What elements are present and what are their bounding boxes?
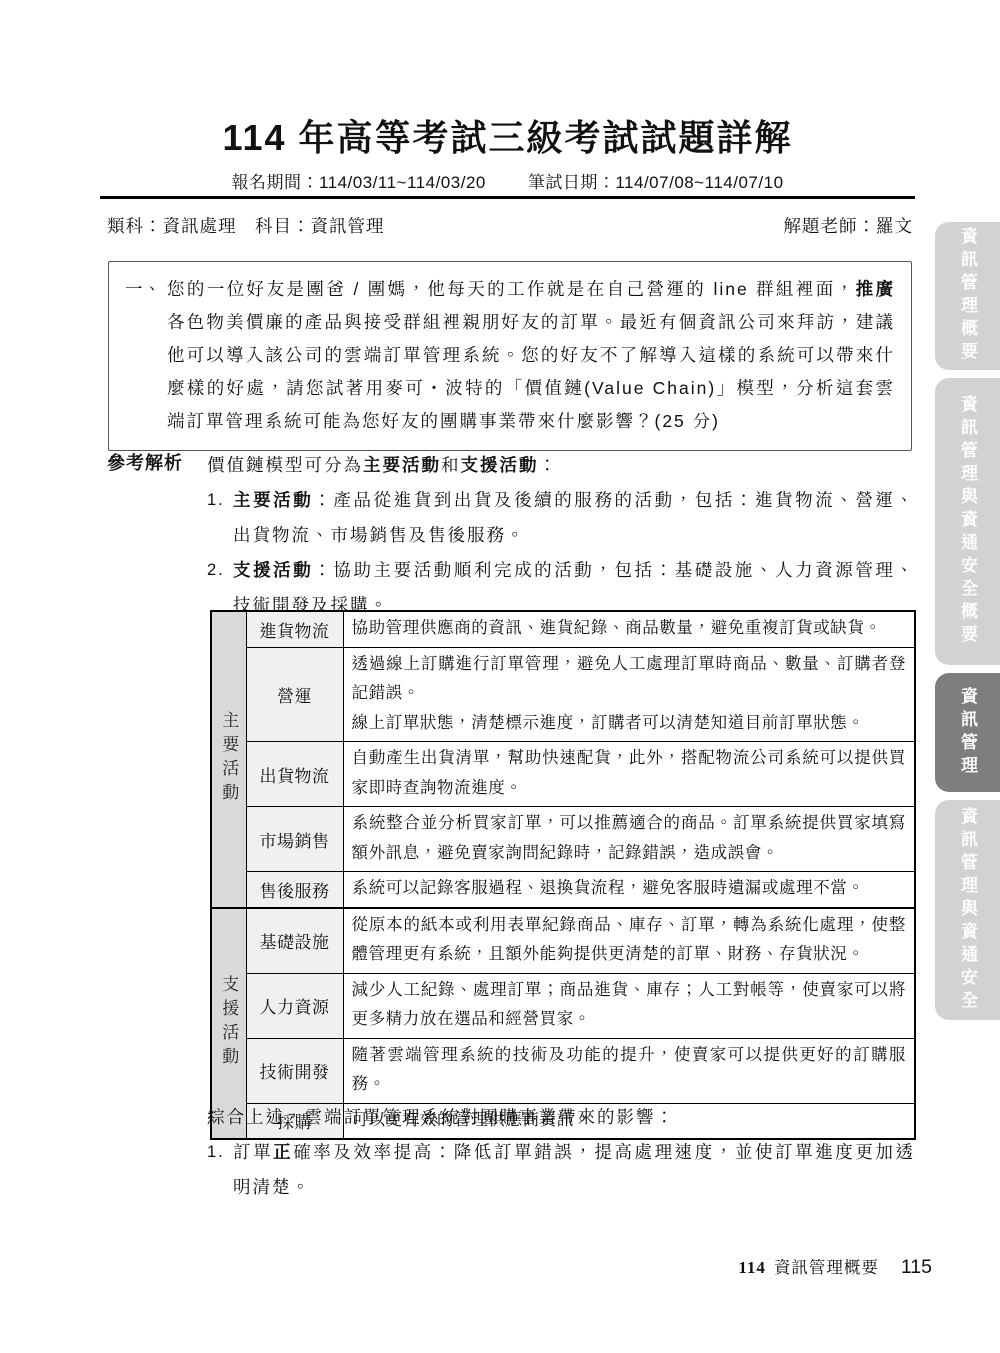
table-row: 出貨物流 自動產生出貨清單，幫助快速配貨，此外，搭配物流公司系統可以提供買家即時… <box>211 742 915 807</box>
sidebar-tab-information-management-summary[interactable]: 資訊管理概要 <box>935 222 1000 370</box>
written-exam-date: 筆試日期：114/07/08~114/07/10 <box>528 168 784 193</box>
row-content: 從原本的紙本或利用表單紀錄商品、庫存、訂單，轉為系統化處理，使整體管理更有系統，… <box>343 908 915 974</box>
footer-page-number: 115 <box>901 1256 932 1279</box>
footer-book-number: 114 <box>738 1258 766 1278</box>
row-label: 進貨物流 <box>246 611 343 647</box>
table-row: 支援活動 基礎設施 從原本的紙本或利用表單紀錄商品、庫存、訂單，轉為系統化處理，… <box>211 908 915 974</box>
footer-book-title: 資訊管理概要 <box>774 1254 879 1278</box>
registration-period: 報名期間：114/03/11~114/03/20 <box>231 168 485 193</box>
table-row: 售後服務 系統可以記錄客服過程、退換貨流程，避免客服時遺漏或處理不當。 <box>211 872 915 908</box>
sidebar-tab-information-management-active[interactable]: 資訊管理 <box>935 673 1000 792</box>
content-paragraph: 系統整合並分析買家訂單，可以推薦適合的商品。訂單系統提供買家填寫額外訊息，避免賣… <box>352 809 907 868</box>
exam-dates: 報名期間：114/03/11~114/03/20 筆試日期：114/07/08~… <box>100 168 915 193</box>
content-paragraph: 協助管理供應商的資訊、進貨紀錄、商品數量，避免重複訂貨或缺貨。 <box>352 614 907 644</box>
row-label: 市場銷售 <box>246 807 343 872</box>
content-paragraph: 自動產生出貨清單，幫助快速配貨，此外，搭配物流公司系統可以提供買家即時查詢物流進… <box>352 744 907 803</box>
category-subject: 類科：資訊處理 科目：資訊管理 <box>107 213 385 238</box>
question-box: 一、 您的一位好友是團爸 / 團媽，他每天的工作就是在自己營運的 line 群組… <box>108 261 912 451</box>
sidebar-tab-im-and-security-summary[interactable]: 資訊管理與資通安全概要 <box>935 378 1000 665</box>
content-paragraph: 系統可以記錄客服過程、退換貨流程，避免客服時遺漏或處理不當。 <box>352 874 907 904</box>
table-row: 營運 透過線上訂購進行訂單管理，避免人工處理訂單時商品、數量、訂購者登記錯誤。 … <box>211 647 915 742</box>
content-paragraph: 透過線上訂購進行訂單管理，避免人工處理訂單時商品、數量、訂購者登記錯誤。 <box>352 650 907 709</box>
analysis-item-1: 1. 主要活動：產品從進貨到出貨及後續的服務的活動，包括：進貨物流、營運、出貨物… <box>207 483 917 553</box>
page-title: 114 年高等考試三級考試試題詳解 <box>100 110 915 161</box>
question-segment-bold: 推廣 <box>856 279 895 299</box>
item-bold: 正 <box>273 1142 293 1162</box>
group-label: 支援活動 <box>216 975 241 1071</box>
row-content: 透過線上訂購進行訂單管理，避免人工處理訂單時商品、數量、訂購者登記錯誤。 線上訂… <box>343 647 915 742</box>
analysis-intro-text-2: 和 <box>441 455 461 475</box>
item-number: 1. <box>207 1135 233 1205</box>
item-body: ：協助主要活動順利完成的活動，包括：基礎設施、人力資源管理、技術開發及採購。 <box>233 560 915 615</box>
item-number: 1. <box>207 483 233 553</box>
table-row: 人力資源 減少人工紀錄、處理訂單；商品進貨、庫存；人工對帳等，使賣家可以將更多精… <box>211 973 915 1038</box>
row-content: 隨著雲端管理系統的技術及功能的提升，使賣家可以提供更好的訂購服務。 <box>343 1038 915 1103</box>
content-paragraph: 從原本的紙本或利用表單紀錄商品、庫存、訂單，轉為系統化處理，使整體管理更有系統，… <box>352 911 907 970</box>
analysis-body: 價值鏈模型可分為主要活動和支援活動： 1. 主要活動：產品從進貨到出貨及後續的服… <box>207 448 917 623</box>
question-number: 一、 <box>125 273 167 438</box>
row-content: 協助管理供應商的資訊、進貨紀錄、商品數量，避免重複訂貨或缺貨。 <box>343 611 915 647</box>
row-label: 基礎設施 <box>246 908 343 974</box>
analysis-intro-bold-2: 支援活動 <box>461 455 539 475</box>
value-chain-table: 主要活動 進貨物流 協助管理供應商的資訊、進貨紀錄、商品數量，避免重複訂貨或缺貨… <box>210 610 916 1140</box>
item-post: 確率及效率提高：降低訂單錯誤，提高處理速度，並使訂單進度更加透明清楚。 <box>233 1142 915 1197</box>
analysis-intro-text-3: ： <box>539 455 559 475</box>
content-paragraph: 減少人工紀錄、處理訂單；商品進貨、庫存；人工對帳等，使賣家可以將更多精力放在選品… <box>352 976 907 1035</box>
item-text: 主要活動：產品從進貨到出貨及後續的服務的活動，包括：進貨物流、營運、出貨物流、市… <box>233 483 915 553</box>
item-pre: 訂單 <box>233 1142 273 1162</box>
question-segment-1: 您的一位好友是團爸 / 團媽，他每天的工作就是在自己營運的 line 群組裡面， <box>167 279 856 299</box>
row-label: 出貨物流 <box>246 742 343 807</box>
item-text: 訂單正確率及效率提高：降低訂單錯誤，提高處理速度，並使訂單進度更加透明清楚。 <box>233 1135 915 1205</box>
page-footer: 114 資訊管理概要 115 <box>738 1254 932 1279</box>
row-content: 系統可以記錄客服過程、退換貨流程，避免客服時遺漏或處理不當。 <box>343 872 915 908</box>
item-lead: 支援活動 <box>233 560 313 580</box>
tab-label: 資訊管理概要 <box>955 227 980 365</box>
row-label: 營運 <box>246 647 343 742</box>
table-row: 技術開發 隨著雲端管理系統的技術及功能的提升，使賣家可以提供更好的訂購服務。 <box>211 1038 915 1103</box>
tab-label: 資訊管理與資通安全概要 <box>955 395 980 648</box>
conclusion-item-1: 1. 訂單正確率及效率提高：降低訂單錯誤，提高處理速度，並使訂單進度更加透明清楚… <box>207 1135 917 1205</box>
content-paragraph: 線上訂單狀態，清楚標示進度，訂購者可以清楚知道目前訂單狀態。 <box>352 709 907 739</box>
reference-analysis-section: 參考解析 價值鏈模型可分為主要活動和支援活動： 1. 主要活動：產品從進貨到出貨… <box>107 448 917 623</box>
tab-label: 資訊管理 <box>955 687 980 779</box>
analysis-intro-bold-1: 主要活動 <box>363 455 441 475</box>
row-content: 減少人工紀錄、處理訂單；商品進貨、庫存；人工對帳等，使賣家可以將更多精力放在選品… <box>343 973 915 1038</box>
tab-label: 資訊管理與資通安全 <box>955 807 980 1014</box>
item-lead: 主要活動 <box>233 490 313 510</box>
row-label: 售後服務 <box>246 872 343 908</box>
conclusion-intro: 綜合上述，雲端訂單管理系統對團購事業帶來的影響： <box>207 1100 917 1135</box>
group-label: 主要活動 <box>216 711 241 807</box>
item-body: ：產品從進貨到出貨及後續的服務的活動，包括：進貨物流、營運、出貨物流、市場銷售及… <box>233 490 915 545</box>
row-content: 系統整合並分析買家訂單，可以推薦適合的商品。訂單系統提供買家填寫額外訊息，避免賣… <box>343 807 915 872</box>
solver-teacher: 解題老師：羅文 <box>784 213 914 238</box>
question-text: 您的一位好友是團爸 / 團媽，他每天的工作就是在自己營運的 line 群組裡面，… <box>167 273 895 438</box>
conclusion-section: 綜合上述，雲端訂單管理系統對團購事業帶來的影響： 1. 訂單正確率及效率提高：降… <box>207 1100 917 1205</box>
analysis-label: 參考解析 <box>107 448 207 623</box>
content-paragraph: 隨著雲端管理系統的技術及功能的提升，使賣家可以提供更好的訂購服務。 <box>352 1041 907 1100</box>
group-cell-primary-activities: 主要活動 <box>211 611 246 908</box>
analysis-intro-text-1: 價值鏈模型可分為 <box>207 455 363 475</box>
meta-row: 類科：資訊處理 科目：資訊管理 解題老師：羅文 <box>107 213 913 238</box>
analysis-intro: 價值鏈模型可分為主要活動和支援活動： <box>207 448 917 483</box>
table-row: 主要活動 進貨物流 協助管理供應商的資訊、進貨紀錄、商品數量，避免重複訂貨或缺貨… <box>211 611 915 647</box>
row-label: 技術開發 <box>246 1038 343 1103</box>
sidebar-tab-im-and-security[interactable]: 資訊管理與資通安全 <box>935 800 1000 1020</box>
table-row: 市場銷售 系統整合並分析買家訂單，可以推薦適合的商品。訂單系統提供買家填寫額外訊… <box>211 807 915 872</box>
header-divider <box>100 196 915 199</box>
exam-solution-page: { "colors": { "tab_inactive_bg": "#d2d2d… <box>0 0 1000 1353</box>
row-content: 自動產生出貨清單，幫助快速配貨，此外，搭配物流公司系統可以提供買家即時查詢物流進… <box>343 742 915 807</box>
row-label: 人力資源 <box>246 973 343 1038</box>
question-segment-2: 各色物美價廉的產品與接受群組裡親朋好友的訂單。最近有個資訊公司來拜訪，建議他可以… <box>167 312 895 431</box>
